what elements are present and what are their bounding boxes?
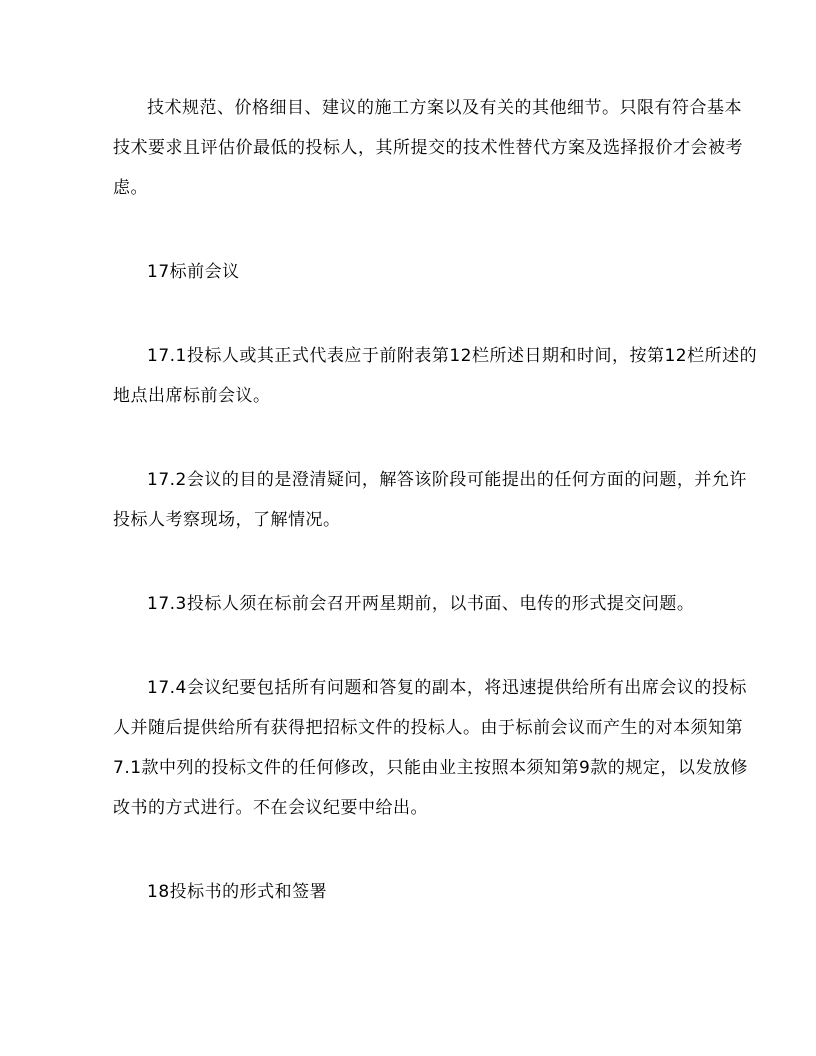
text-line: 技术规范、价格细目、建议的施工方案以及有关的其他细节。只限有符合基本 <box>113 88 705 128</box>
clause-17-2: 17.2会议的目的是澄清疑问，解答该阶段可能提出的任何方面的问题，并允许 投标人… <box>113 460 705 540</box>
text-line: 17.3投标人须在标前会召开两星期前，以书面、电传的形式提交问题。 <box>113 584 705 624</box>
section-heading-18: 18投标书的形式和签署 <box>113 872 705 912</box>
text-line: 虑。 <box>113 168 705 208</box>
text-line: 7.1款中列的投标文件的任何修改，只能由业主按照本须知第9款的规定，以发放修 <box>113 748 705 788</box>
text-line: 地点出席标前会议。 <box>113 376 705 416</box>
text-line: 17.4会议纪要包括所有问题和答复的副本，将迅速提供给所有出席会议的投标 <box>113 668 705 708</box>
text-line: 投标人考察现场，了解情况。 <box>113 500 705 540</box>
clause-17-4: 17.4会议纪要包括所有问题和答复的副本，将迅速提供给所有出席会议的投标 人并随… <box>113 668 705 828</box>
document-body: 技术规范、价格细目、建议的施工方案以及有关的其他细节。只限有符合基本 技术要求且… <box>113 88 705 956</box>
text-line: 17.1投标人或其正式代表应于前附表第12栏所述日期和时间，按第12栏所述的 <box>113 336 705 376</box>
text-line: 17.2会议的目的是澄清疑问，解答该阶段可能提出的任何方面的问题，并允许 <box>113 460 705 500</box>
document-page: 技术规范、价格细目、建议的施工方案以及有关的其他细节。只限有符合基本 技术要求且… <box>0 0 816 1056</box>
text-line: 改书的方式进行。不在会议纪要中给出。 <box>113 788 705 828</box>
paragraph-alternative-offers: 技术规范、价格细目、建议的施工方案以及有关的其他细节。只限有符合基本 技术要求且… <box>113 88 705 208</box>
clause-17-1: 17.1投标人或其正式代表应于前附表第12栏所述日期和时间，按第12栏所述的 地… <box>113 336 705 416</box>
text-line: 技术要求且评估价最低的投标人，其所提交的技术性替代方案及选择报价才会被考 <box>113 128 705 168</box>
clause-17-3: 17.3投标人须在标前会召开两星期前，以书面、电传的形式提交问题。 <box>113 584 705 624</box>
heading-text: 17标前会议 <box>113 252 705 292</box>
section-heading-17: 17标前会议 <box>113 252 705 292</box>
heading-text: 18投标书的形式和签署 <box>113 872 705 912</box>
text-line: 人并随后提供给所有获得把招标文件的投标人。由于标前会议而产生的对本须知第 <box>113 708 705 748</box>
